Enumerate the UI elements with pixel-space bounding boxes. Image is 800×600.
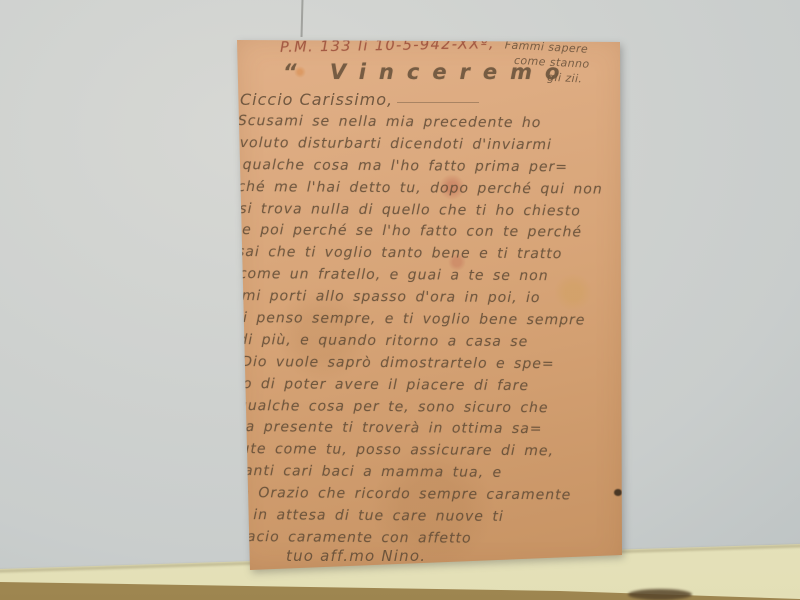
dark-smudge [628,589,692,600]
letter-line: come un fratello, e guai a te se non [239,266,619,291]
postcard: P.M. 133 li 10-5-942-XXº, Fammi sapere c… [228,30,632,578]
greeting-underline [397,102,479,103]
signature: tuo aff.mo Nino. [286,547,426,565]
letter-line: qualche cosa per te, sono sicuro che [238,398,618,423]
greeting: Ciccio Carissimo, [240,90,479,109]
letter-line: ro di poter avere il piacere di fare [236,376,616,401]
letter-line: a Orazio che ricordo sempre caramente [240,485,620,510]
postcard-paper: P.M. 133 li 10-5-942-XXº, Fammi sapere c… [228,30,632,578]
letter-line: di più, e quando ritorno a casa se [238,332,618,357]
greeting-text: Ciccio Carissimo, [240,90,393,109]
letter-line: e in attesa di tue care nuove ti [235,507,615,532]
letter-body: Scusami se nella mia precedente ho volut… [237,113,620,553]
letter-line: ti penso sempre, e ti voglio bene sempre [236,310,616,335]
letter-line: ché me l'hai detto tu, dopo perché qui n… [237,179,617,204]
letter-line: qualche cosa ma l'ho fatto prima per= [243,157,623,182]
letter-line: tanti cari baci a mamma tua, e [237,463,617,488]
letter-line: voluto disturbarti dicendoti d'inviarmi [240,135,620,160]
motto-vinceremo: “ Vinceremo [283,60,572,84]
letter-line: sai che ti voglio tanto bene e ti tratto [237,244,617,269]
letter-line: Dio vuole saprò dimostrartelo e spe= [241,354,621,379]
letter-line: lute come tu, posso assicurare di me, [236,441,616,466]
letter-line: si trova nulla di quello che ti ho chies… [239,201,619,226]
letter-line: la presente ti troverà in ottima sa= [241,419,621,444]
letter-line: e poi perché se l'ho fatto con te perché [242,222,622,247]
letter-line: mi porti allo spasso d'ora in poi, io [242,288,622,313]
letter-line: Scusami se nella mia precedente ho [238,113,618,138]
